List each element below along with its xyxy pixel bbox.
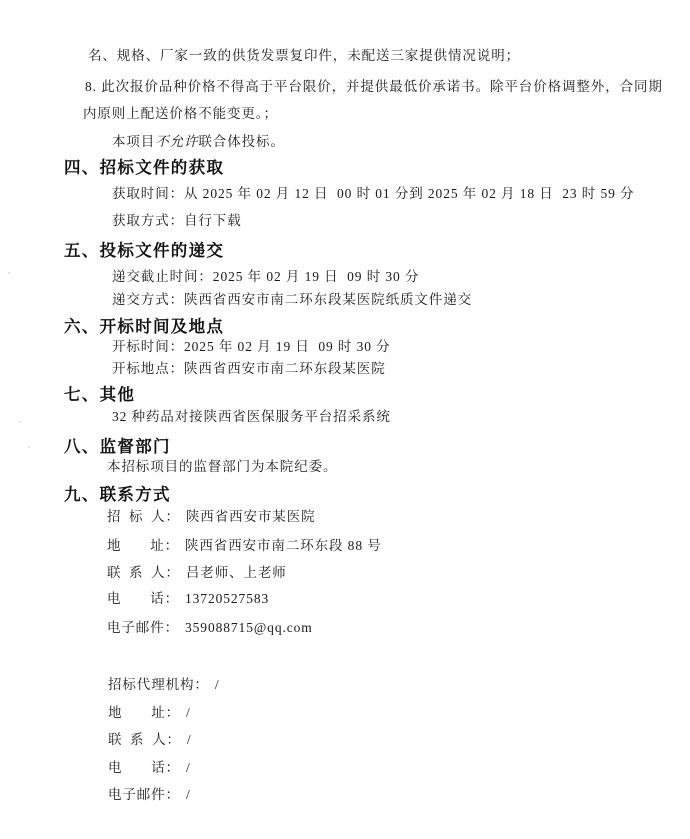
agency-label: 联 系 人：	[108, 731, 181, 748]
paragraph-line: 8. 此次报价品种价格不得高于平台限价，并提供最低价承诺书。除平台价格调整外，合…	[85, 78, 663, 95]
paragraph-line: 名、规格、厂家一致的供货发票复印件，未配送三家提供情况说明；	[88, 47, 520, 64]
agency-label: 电子邮件：	[108, 786, 180, 803]
supervision-line: 本招标项目的监督部门为本院纪委。	[107, 458, 337, 475]
document-page: 名、规格、厂家一致的供货发票复印件，未配送三家提供情况说明； 8. 此次报价品种…	[0, 0, 690, 839]
section-heading-opening: 六、开标时间及地点	[64, 313, 224, 337]
agency-value: /	[187, 732, 192, 747]
scan-speck	[19, 421, 21, 423]
contact-row-phone: 电 话：13720527583	[107, 590, 269, 607]
contact-value: 13720527583	[185, 591, 269, 606]
section-heading-supervision: 八、监督部门	[64, 433, 171, 457]
agency-label: 电 话：	[108, 759, 180, 776]
agency-row-person: 联 系 人：/	[108, 731, 192, 748]
paragraph-line: 内原则上配送价格不能变更。；	[83, 105, 278, 122]
agency-value: /	[186, 760, 191, 775]
agency-row-phone: 电 话：/	[108, 759, 191, 776]
section-heading-obtain: 四、招标文件的获取	[64, 154, 224, 178]
submit-deadline-line: 递交截止时间：2025 年 02 月 19 日 09 时 30 分	[112, 268, 419, 285]
other-note-line: 32 种药品对接陕西省医保服务平台招采系统	[112, 408, 391, 425]
contact-label: 电子邮件：	[107, 619, 179, 636]
contact-label: 地 址：	[107, 537, 179, 554]
agency-row-name: 招标代理机构：/	[108, 676, 219, 693]
scan-speck	[8, 272, 10, 274]
contact-value: 吕老师、上老师	[186, 565, 287, 580]
contact-value: 陕西省西安市南二环东段 88 号	[185, 538, 382, 553]
opening-place-line: 开标地点：陕西省西安市南二环东段某医院	[112, 360, 386, 377]
contact-label: 招 标 人：	[107, 508, 180, 525]
section-heading-contact: 九、联系方式	[64, 481, 171, 505]
no-joint-emphasis: 不允许	[155, 134, 198, 149]
agency-label: 招标代理机构：	[108, 676, 209, 693]
no-joint-bid-line: 本项目不允许联合体投标。	[112, 133, 285, 150]
contact-row-email: 电子邮件：359088715@qq.com	[107, 619, 313, 636]
section-heading-other: 七、其他	[64, 381, 135, 405]
contact-label: 联 系 人：	[107, 564, 180, 581]
agency-row-address: 地 址：/	[108, 704, 191, 721]
agency-value: /	[186, 787, 191, 802]
agency-value: /	[215, 677, 220, 692]
agency-value: /	[186, 705, 191, 720]
contact-row-address: 地 址：陕西省西安市南二环东段 88 号	[107, 537, 382, 554]
contact-row-person: 联 系 人：吕老师、上老师	[107, 564, 287, 581]
scan-speck	[28, 446, 30, 448]
contact-value: 陕西省西安市某医院	[186, 509, 316, 524]
agency-row-email: 电子邮件：/	[108, 786, 191, 803]
obtain-time-line: 获取时间：从 2025 年 02 月 12 日 00 时 01 分到 2025 …	[112, 185, 634, 202]
no-joint-suffix: 联合体投标。	[198, 134, 284, 149]
section-heading-submit: 五、投标文件的递交	[64, 237, 224, 261]
no-joint-prefix: 本项目	[112, 134, 155, 149]
obtain-method-line: 获取方式：自行下载	[112, 212, 242, 229]
contact-value: 359088715@qq.com	[185, 620, 313, 635]
contact-label: 电 话：	[107, 590, 179, 607]
opening-time-line: 开标时间：2025 年 02 月 19 日 09 时 30 分	[112, 338, 391, 355]
contact-row-tenderer: 招 标 人：陕西省西安市某医院	[107, 508, 316, 525]
submit-method-line: 递交方式：陕西省西安市南二环东段某医院纸质文件递交	[112, 291, 472, 308]
agency-label: 地 址：	[108, 704, 180, 721]
